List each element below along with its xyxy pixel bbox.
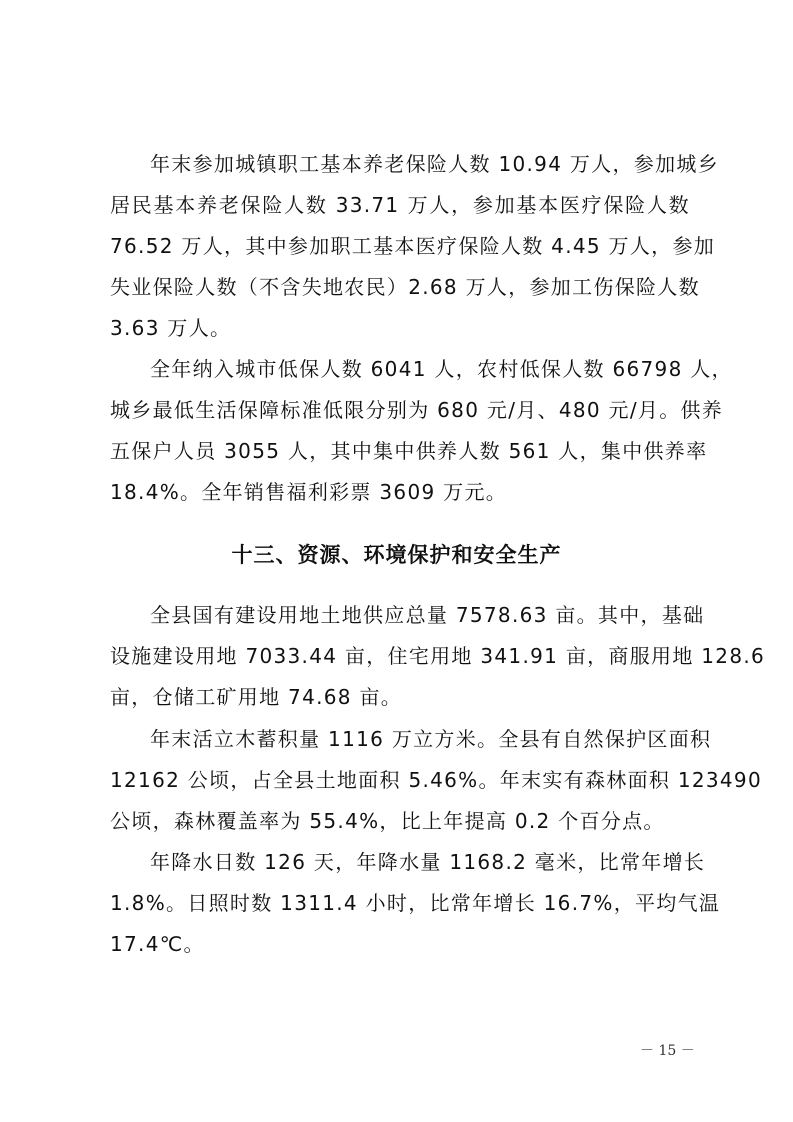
text-line: 全县国有建设用地土地供应总量 7578.63 亩。其中，基础 — [150, 601, 690, 629]
text-line: 居民基本养老保险人数 33.71 万人，参加基本医疗保险人数 — [110, 191, 690, 219]
section-heading: 十三、资源、环境保护和安全生产 — [0, 540, 793, 570]
text-line: 3.63 万人。 — [110, 314, 690, 342]
text-line: 五保户人员 3055 人，其中集中供养人数 561 人，集中供养率 — [110, 437, 690, 465]
text-line: 公顷，森林覆盖率为 55.4%，比上年提高 0.2 个百分点。 — [110, 807, 690, 835]
text-line: 设施建设用地 7033.44 亩，住宅用地 341.91 亩，商服用地 128.… — [110, 642, 690, 670]
text-line: 城乡最低生活保障标准低限分别为 680 元/月、480 元/月。供养 — [110, 396, 690, 424]
text-line: 年末参加城镇职工基本养老保险人数 10.94 万人，参加城乡 — [150, 150, 690, 178]
text-line: 1.8%。日照时数 1311.4 小时，比常年增长 16.7%，平均气温 — [110, 889, 690, 917]
text-line: 年降水日数 126 天，年降水量 1168.2 毫米，比常年增长 — [150, 848, 690, 876]
text-line: 全年纳入城市低保人数 6041 人，农村低保人数 66798 人， — [150, 355, 690, 383]
text-line: 18.4%。全年销售福利彩票 3609 万元。 — [110, 478, 690, 506]
page-number: － 15 － — [640, 1040, 695, 1060]
text-line: 亩，仓储工矿用地 74.68 亩。 — [110, 683, 690, 711]
text-line: 17.4℃。 — [110, 930, 690, 958]
text-line: 12162 公顷，占全县土地面积 5.46%。年末实有森林面积 123490 — [110, 766, 690, 794]
text-line: 76.52 万人，其中参加职工基本医疗保险人数 4.45 万人，参加 — [110, 232, 690, 260]
text-line: 年末活立木蓄积量 1116 万立方米。全县有自然保护区面积 — [150, 725, 690, 753]
text-line: 失业保险人数（不含失地农民）2.68 万人，参加工伤保险人数 — [110, 273, 690, 301]
